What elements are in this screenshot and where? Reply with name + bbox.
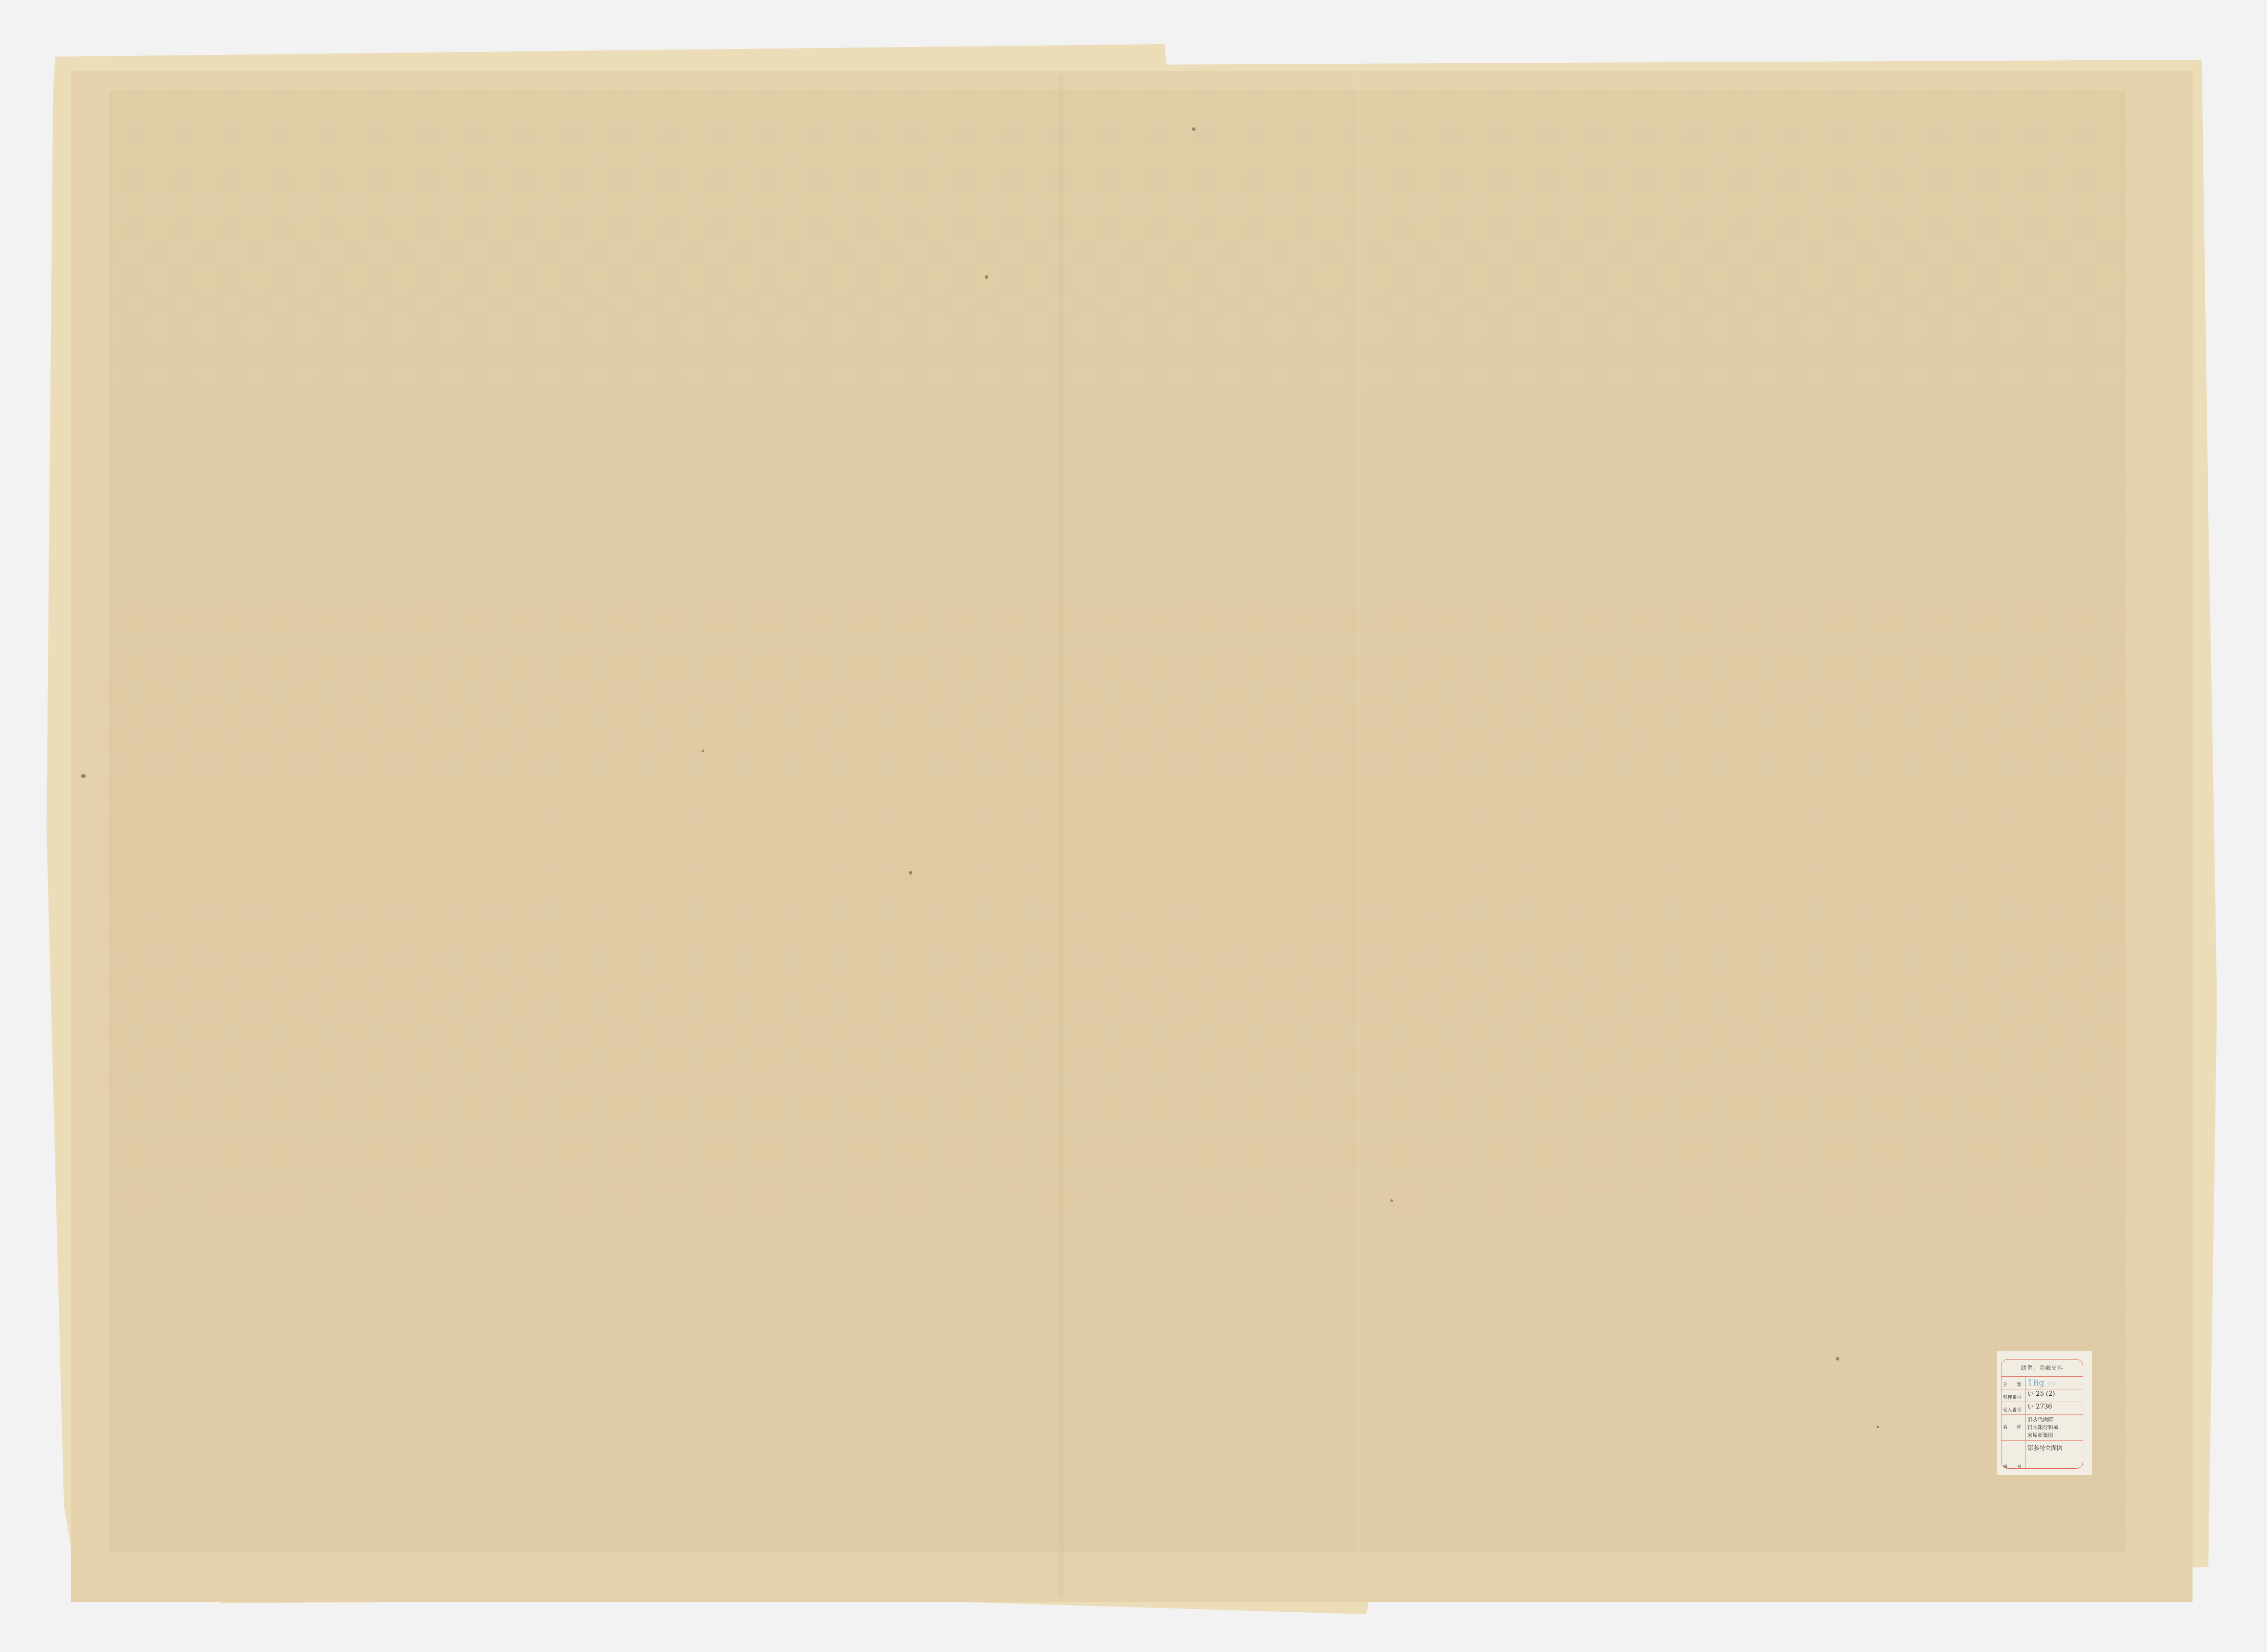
label-row-remarks: 備 考 第参号立面図 [2001, 1441, 2083, 1469]
label-value: 第参号立面図 [2026, 1441, 2083, 1469]
classification-code: 1Bg [2027, 1378, 2044, 1388]
label-row-classification: 分 類 1Bg ブン [2001, 1377, 2083, 1389]
center-fold-line [1058, 73, 1064, 1597]
paper-fleck [1390, 1199, 1393, 1202]
paper-fleck [1877, 1426, 1879, 1428]
catalog-label: 通貨、金融史料 分 類 1Bg ブン 整理番号 い 25 (2) 受入番号 い … [1997, 1351, 2092, 1475]
label-title: 通貨、金融史料 [2001, 1360, 2083, 1377]
label-key: 名 称 [2001, 1415, 2026, 1440]
label-value: い 2736 [2026, 1402, 2083, 1414]
label-key: 備 考 [2001, 1441, 2026, 1469]
catalog-label-frame: 通貨、金融史料 分 類 1Bg ブン 整理番号 い 25 (2) 受入番号 い … [2001, 1359, 2083, 1469]
paper-fleck [909, 871, 912, 875]
paper-fleck [1192, 127, 1195, 131]
label-key: 整理番号 [2001, 1389, 2026, 1402]
label-key: 分 類 [2001, 1377, 2026, 1389]
label-key: 受入番号 [2001, 1402, 2026, 1414]
classification-kana: ブン [2047, 1382, 2057, 1387]
paper-fleck [1836, 1357, 1839, 1360]
label-value: 1Bg ブン [2026, 1377, 2083, 1389]
label-row-accession-number: 受入番号 い 2736 [2001, 1402, 2083, 1415]
paper-fleck [985, 275, 988, 279]
label-row-name: 名 称 旧永代橋際 日本銀行和風 家屋新築図 [2001, 1415, 2083, 1441]
label-row-arrangement-number: 整理番号 い 25 (2) [2001, 1389, 2083, 1402]
paper-fleck [81, 774, 86, 778]
paper-fleck [702, 750, 704, 752]
paper-seam-line [1357, 73, 1361, 1597]
inner-mount-frame [110, 91, 2125, 1552]
label-value: い 25 (2) [2026, 1389, 2083, 1402]
label-value: 旧永代橋際 日本銀行和風 家屋新築図 [2026, 1415, 2083, 1440]
